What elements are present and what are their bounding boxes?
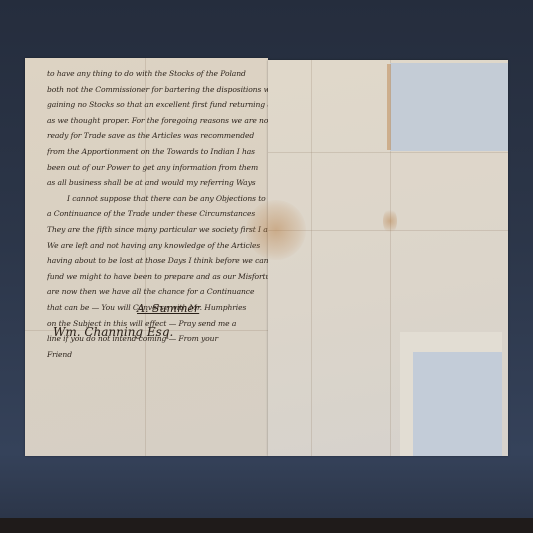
letter-sheet: to have any thing to do with the Stocks …	[25, 58, 508, 456]
fold-crease	[268, 152, 508, 153]
stain	[387, 64, 391, 150]
blue-paper-patch	[390, 63, 508, 151]
handwritten-text: to have any thing to do with the Stocks …	[47, 66, 269, 362]
text-line: They are the fifth since many particular…	[47, 222, 269, 238]
stain	[246, 200, 306, 260]
text-line: a Continuance of the Trade under these C…	[47, 206, 269, 222]
text-line: are now then we have all the chance for …	[47, 284, 269, 300]
left-page: to have any thing to do with the Stocks …	[25, 58, 268, 456]
text-line: been out of our Power to get any informa…	[47, 160, 269, 176]
stain	[383, 208, 397, 234]
text-line: to have any thing to do with the Stocks …	[47, 66, 269, 82]
signature: A. Summer	[137, 302, 199, 315]
text-line: having about to be lost at those Days I …	[47, 253, 269, 269]
text-line: I cannot suppose that there can be any O…	[47, 191, 269, 207]
text-line: from the Apportionment on the Towards to…	[47, 144, 269, 160]
table-edge	[0, 518, 533, 533]
text-line: both not the Commissioner for bartering …	[47, 82, 269, 98]
right-page	[268, 60, 508, 456]
text-line: fund we might to have been to prepare an…	[47, 269, 269, 285]
addressee: Wm. Channing Esq.	[53, 325, 173, 339]
text-line: as we thought proper. For the foregoing …	[47, 113, 269, 129]
text-line: Friend	[47, 347, 269, 363]
text-line: as all business shall be at and would my…	[47, 175, 269, 191]
text-line: ready for Trade save as the Articles was…	[47, 128, 269, 144]
text-line: gaining no Stocks so that an excellent f…	[47, 97, 269, 113]
blue-paper-patch	[413, 352, 502, 456]
fold-crease	[311, 60, 312, 456]
text-line: We are left and not having any knowledge…	[47, 238, 269, 254]
